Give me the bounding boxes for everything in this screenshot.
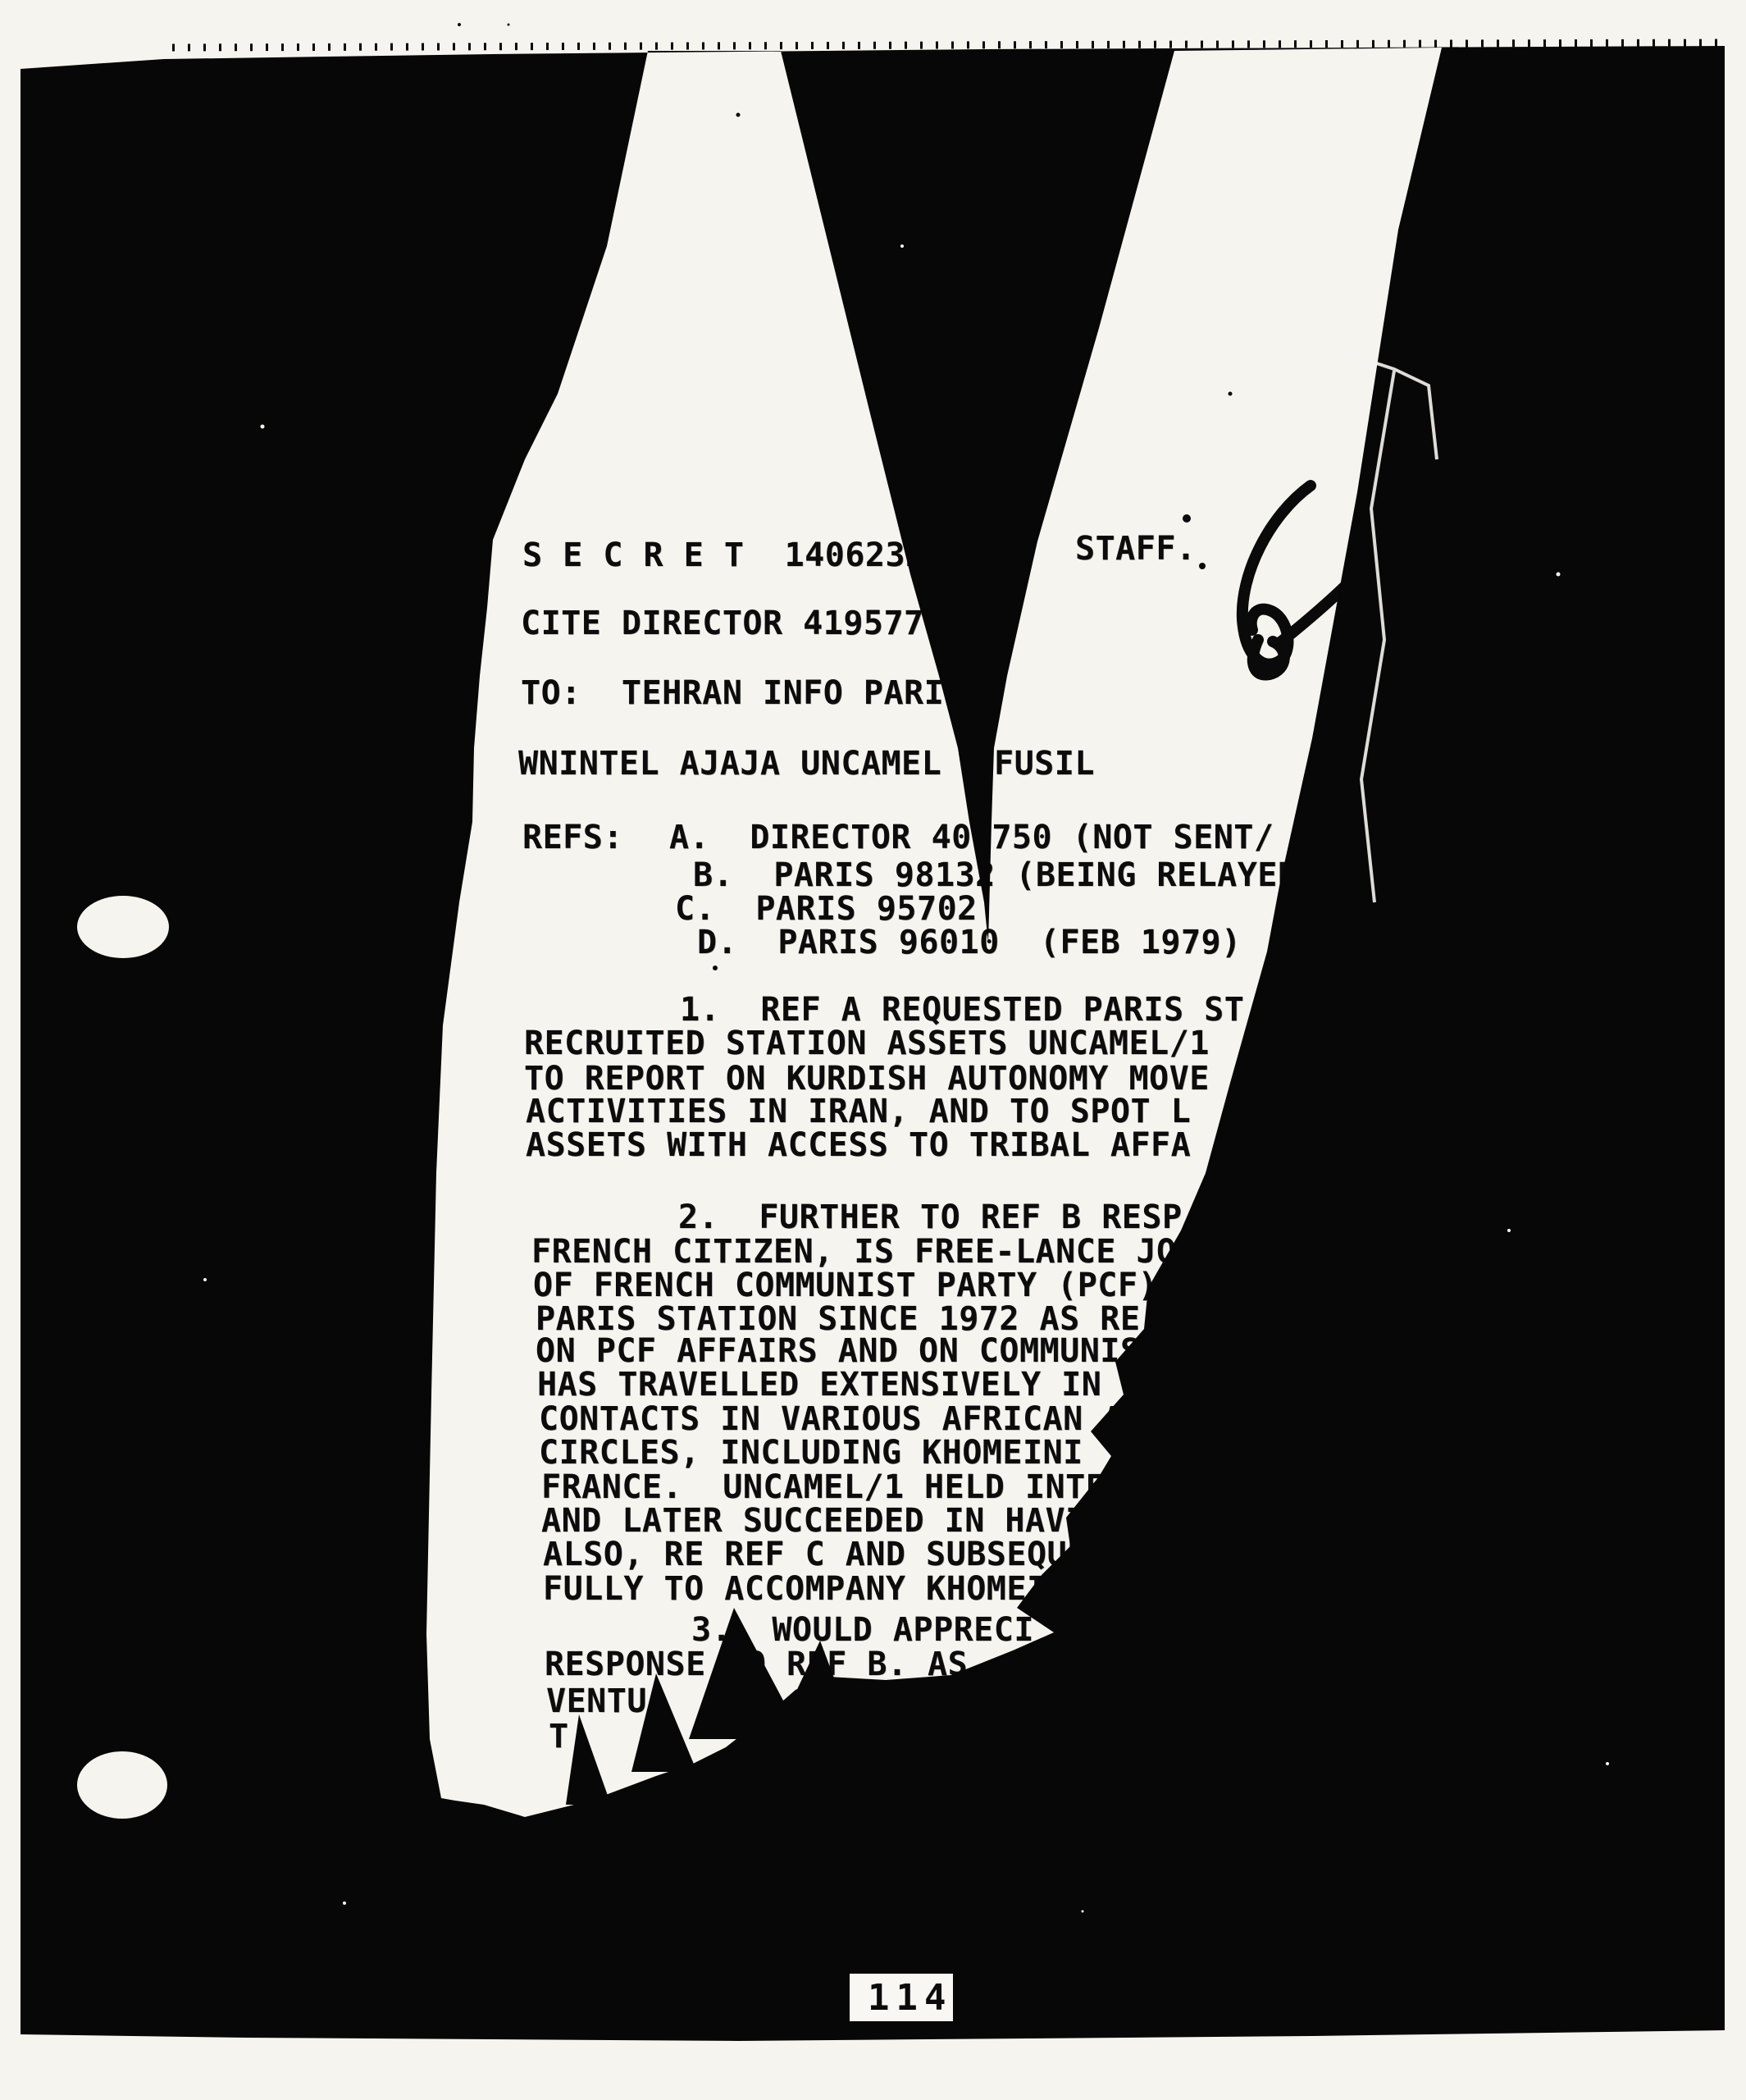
para2-line: FRENCH CITIZEN, IS FREE-LANCE JO xyxy=(531,1233,1177,1271)
para3-line: VENTU xyxy=(546,1682,647,1720)
para2-line: CONTACTS IN VARIOUS AFRICAN A xyxy=(539,1400,1124,1438)
slug-line: WNINTEL AJAJA UNCAMEL xyxy=(518,745,941,783)
cite-line: CITE DIRECTOR 419577 xyxy=(521,605,924,642)
ref-line-c: C. PARIS 95702 xyxy=(675,890,978,928)
refs-label: REFS: xyxy=(522,819,623,856)
ref-line-b: B. PARIS 98132 (BEING RELAYED xyxy=(693,856,1297,894)
para1-line: 1. REF A REQUESTED PARIS ST xyxy=(680,991,1244,1029)
para1-line: ASSETS WITH ACCESS TO TRIBAL AFFA xyxy=(526,1126,1191,1164)
scanned-cable-page: S E C R E T 1406232 STAFF. CITE DIRECTOR… xyxy=(0,0,1746,2100)
classification-line: S E C R E T 1406232 xyxy=(522,536,926,574)
staff-fragment: STAFF. xyxy=(1075,530,1197,568)
cable-text-block: S E C R E T 1406232 STAFF. CITE DIRECTOR… xyxy=(0,0,1746,2100)
para2-line: FULLY TO ACCOMPANY KHOMEIN xyxy=(543,1570,1067,1608)
para3-line: T xyxy=(549,1718,569,1755)
para2-line: AND LATER SUCCEEDED IN HAVI xyxy=(541,1502,1086,1540)
para1-line: RECRUITED STATION ASSETS UNCAMEL/1 xyxy=(524,1025,1210,1062)
para2-line: ON PCF AFFAIRS AND ON COMMUNIS xyxy=(536,1332,1140,1370)
para2-line: OF FRENCH COMMUNIST PARTY (PCF) xyxy=(533,1267,1158,1304)
para2-line: 2. FURTHER TO REF B RESP xyxy=(678,1198,1183,1236)
para3-line: 3. WOULD APPRECI xyxy=(691,1611,1034,1649)
para3-line: RESPONSE TO REF B. AS xyxy=(545,1646,968,1683)
slug-fragment: FUSIL xyxy=(994,745,1095,783)
para2-line: ALSO, RE REF C AND SUBSEQUE xyxy=(543,1536,1087,1573)
para2-line: CIRCLES, INCLUDING KHOMEINI xyxy=(539,1434,1083,1472)
ref-line-d: D. PARIS 96010 (FEB 1979) xyxy=(697,924,1242,961)
to-line: TO: TEHRAN INFO PARI xyxy=(521,674,944,712)
para2-line: FRANCE. UNCAMEL/1 HELD INTE xyxy=(541,1468,1105,1506)
ref-line-a: A. DIRECTOR 408750 (NOT SENT/ xyxy=(669,819,1274,856)
para1-line: ACTIVITIES IN IRAN, AND TO SPOT L xyxy=(526,1093,1191,1130)
para2-line: HAS TRAVELLED EXTENSIVELY IN xyxy=(537,1366,1101,1404)
